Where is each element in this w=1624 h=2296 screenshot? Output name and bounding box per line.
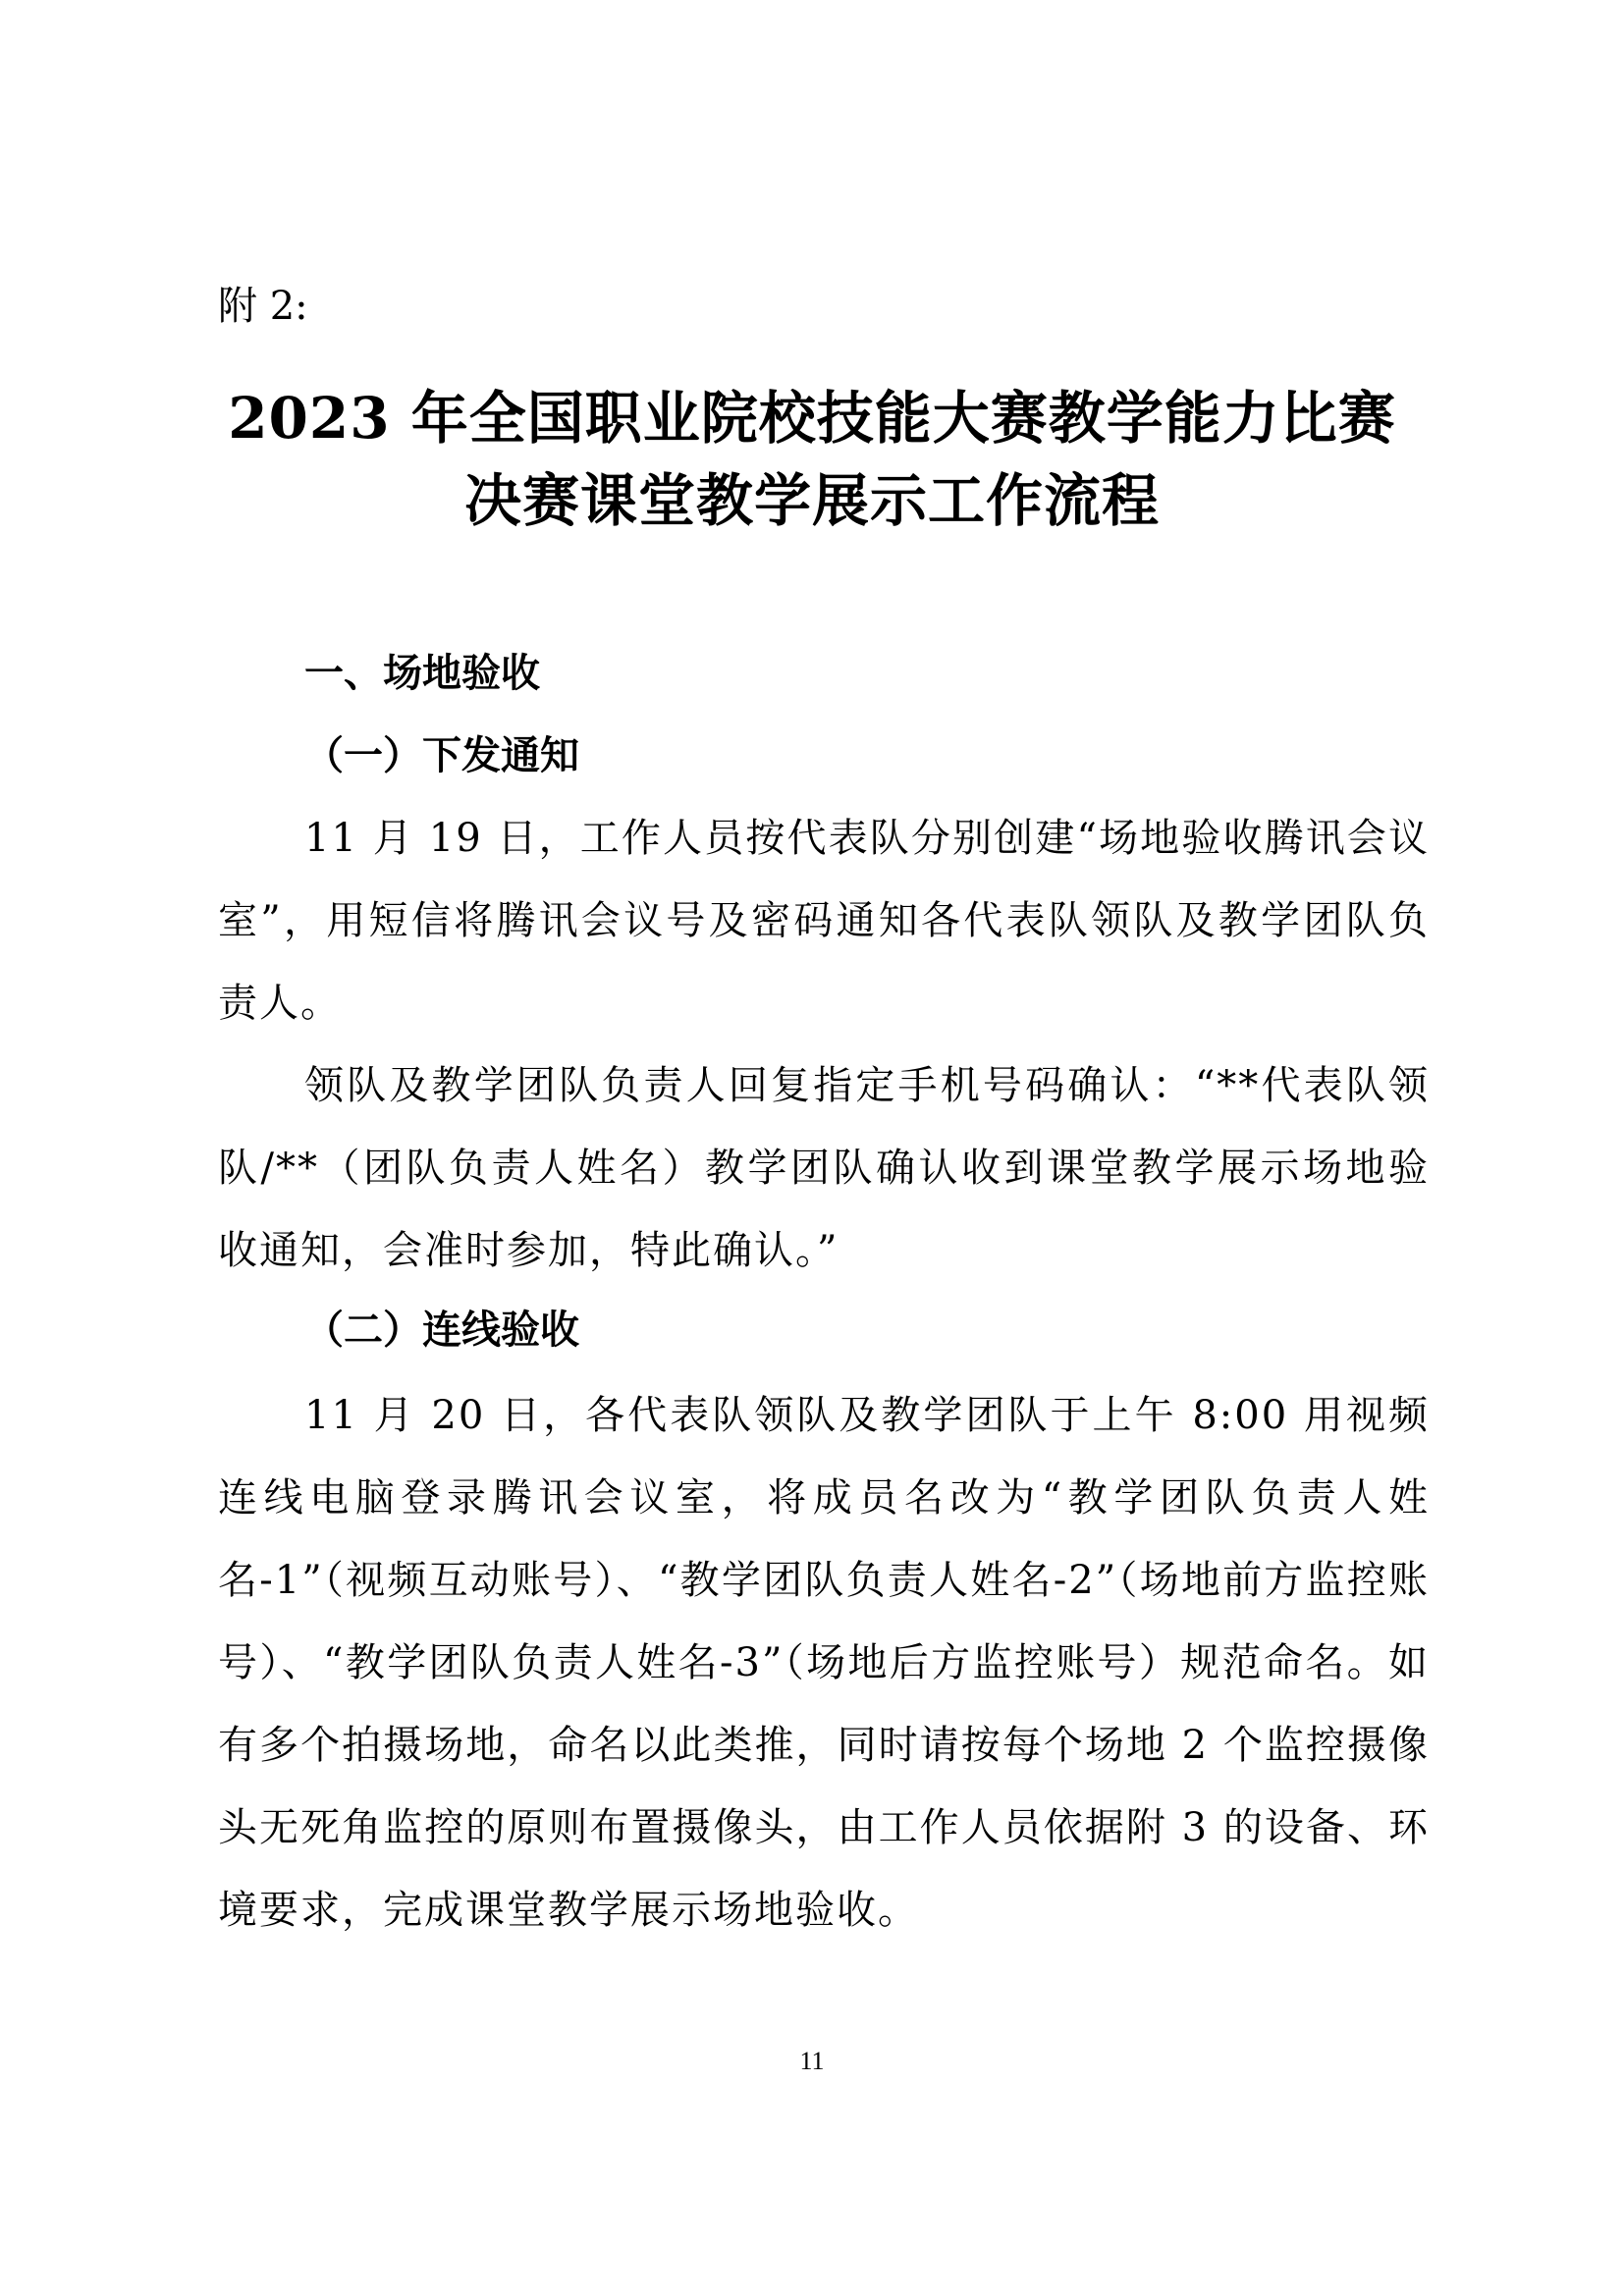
document-title-line-1: 2023 年全国职业院校技能大赛教学能力比赛 bbox=[0, 379, 1624, 457]
attachment-label: 附 2: bbox=[218, 277, 308, 336]
document-page: 附 2: 2023 年全国职业院校技能大赛教学能力比赛 决赛课堂教学展示工作流程… bbox=[0, 0, 1624, 2296]
subsection-heading-online-acceptance: （二）连线验收 bbox=[304, 1301, 579, 1360]
paragraph-confirmation: 领队及教学团队负责人回复指定手机号码确认：“**代表队领队/**（团队负责人姓名… bbox=[218, 1044, 1430, 1292]
paragraph-notification: 11 月 19 日，工作人员按代表队分别创建“场地验收腾讯会议室”，用短信将腾讯… bbox=[218, 797, 1430, 1044]
document-title-line-2: 决赛课堂教学展示工作流程 bbox=[0, 461, 1624, 540]
subsection-heading-notification: （一）下发通知 bbox=[304, 726, 579, 785]
paragraph-online-acceptance: 11 月 20 日，各代表队领队及教学团队于上午 8:00 用视频连线电脑登录腾… bbox=[218, 1374, 1430, 1951]
section-heading-site-acceptance: 一、场地验收 bbox=[304, 644, 540, 703]
page-number: 11 bbox=[0, 2042, 1624, 2081]
